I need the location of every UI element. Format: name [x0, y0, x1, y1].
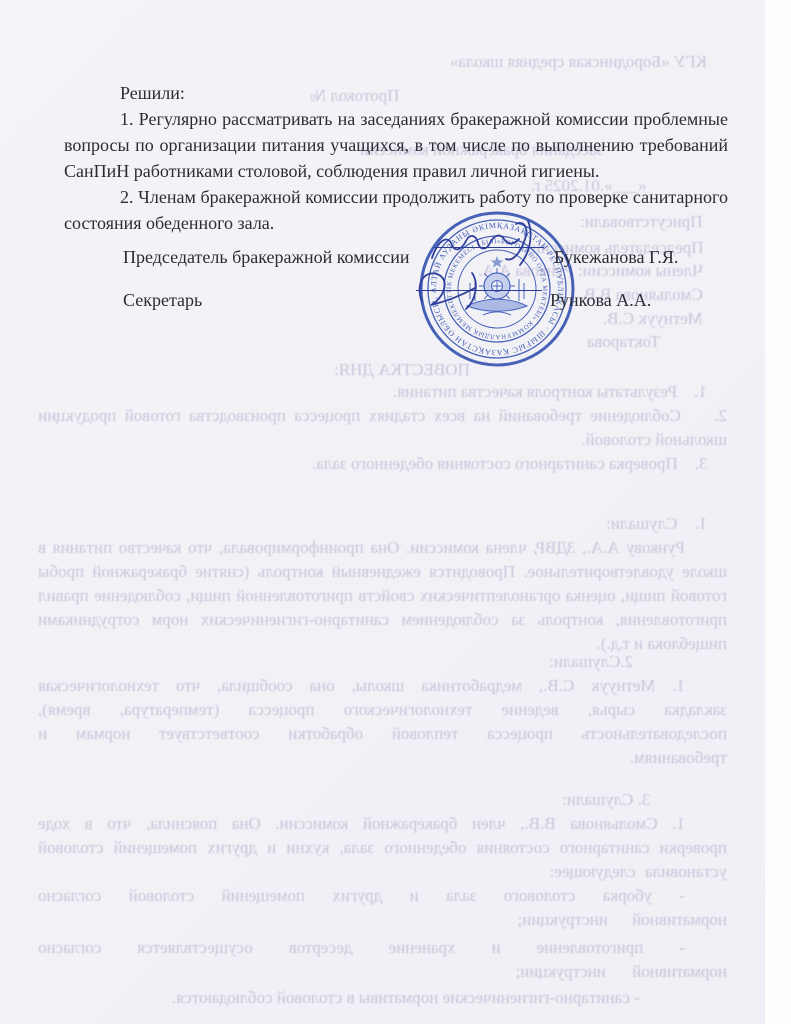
chairman-name: Букежанова Г.Я. — [554, 244, 678, 270]
document-body: Решили: 1. Регулярно рассматривать на за… — [64, 0, 728, 1024]
secretary-signature — [406, 260, 528, 312]
scanner-background-strip — [765, 0, 791, 1024]
scanned-protocol-page: { "document": { "decisions": { "heading"… — [0, 0, 791, 1024]
decisions-heading: Решили: — [64, 80, 728, 106]
decision-item: 2. Членам бракеражной комиссии продолжит… — [64, 184, 728, 236]
secretary-label: Секретарь — [123, 287, 202, 313]
chairman-label: Председатель бракеражной комиссии — [123, 244, 409, 270]
decision-item: 1. Регулярно рассматривать на заседаниях… — [64, 106, 728, 184]
decisions-block: Решили: 1. Регулярно рассматривать на за… — [64, 80, 728, 236]
secretary-name: Рункова А.А. — [550, 287, 651, 313]
